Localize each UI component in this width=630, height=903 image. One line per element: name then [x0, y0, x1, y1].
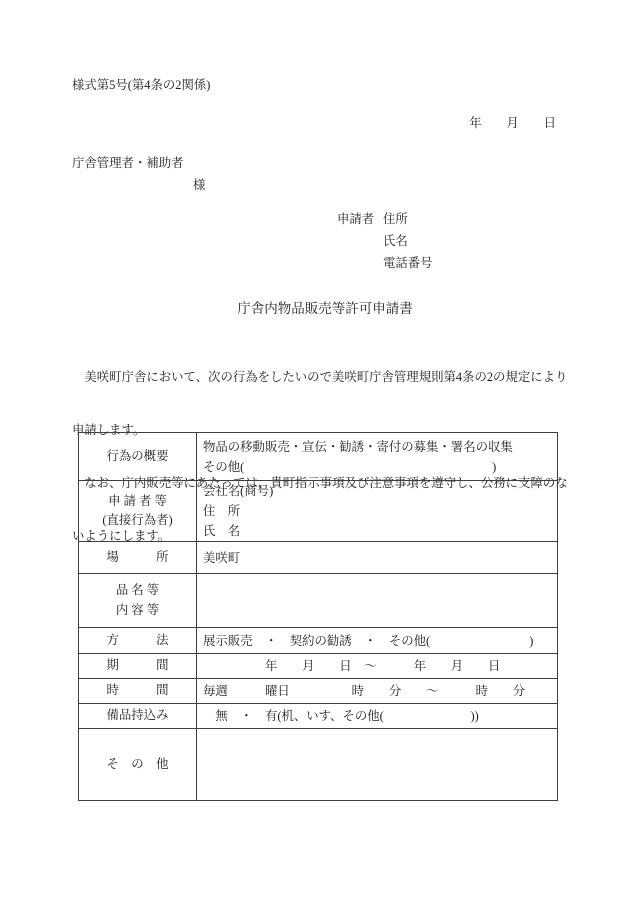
content-line: 美咲町 [197, 548, 557, 568]
row-content-cell: 無 ・ 有(机、いす、その他( )) [197, 704, 558, 729]
row-content-cell: 美咲町 [197, 542, 558, 574]
row-label: 方 法 [79, 631, 196, 651]
content-line: 展示販売 ・ 契約の勧誘 ・ その他( ) [197, 631, 557, 651]
applicant-label: 申請者 [337, 212, 374, 228]
row-label: 時 間 [79, 681, 196, 701]
content-line: その他( ) [197, 457, 557, 477]
row-label: 場 所 [79, 548, 196, 568]
content-line: 物品の移動販売・宣伝・勧誘・寄付の募集・署名の収集 [197, 437, 557, 457]
page-title: 庁舎内物品販売等許可申請書 [82, 301, 568, 318]
addressee: 庁舎管理者・補助者 [72, 156, 184, 172]
applicant-phone-label: 電話番号 [383, 256, 433, 272]
date-line: 年 月 日 [72, 116, 556, 132]
content-line: 氏 名 [197, 521, 557, 541]
table-row-overview: 行為の概要 物品の移動販売・宣伝・勧誘・寄付の募集・署名の収集 その他( ) [79, 433, 558, 481]
content-line: 年 月 日 ～ 年 月 日 [197, 656, 557, 676]
row-label-cell: 行為の概要 [79, 433, 197, 481]
row-label: 備品持込み [79, 706, 196, 726]
row-content-cell [197, 574, 558, 628]
content-line: 住 所 [197, 501, 557, 521]
row-label-cell: 方 法 [79, 628, 197, 654]
row-content-cell [197, 729, 558, 801]
row-content-cell: 会社名(商号) 住 所 氏 名 [197, 481, 558, 542]
row-sublabel: 内 容 等 [79, 601, 196, 621]
table-row-place: 場 所 美咲町 [79, 542, 558, 574]
row-label: 申 請 者 等 [79, 492, 196, 512]
table-row-equipment: 備品持込み 無 ・ 有(机、いす、その他( )) [79, 704, 558, 729]
applicant-address-label: 住所 [383, 212, 408, 228]
applicant-name-label: 氏名 [383, 234, 408, 250]
row-content-cell: 物品の移動販売・宣伝・勧誘・寄付の募集・署名の収集 その他( ) [197, 433, 558, 481]
row-label-cell: 時 間 [79, 679, 197, 704]
content-line: 無 ・ 有(机、いす、その他( )) [197, 706, 557, 726]
content-line: 毎週 曜日 時 分 ～ 時 分 [197, 681, 557, 701]
row-sublabel: (直接行為者) [79, 511, 196, 531]
honorific-sama: 様 [193, 178, 205, 194]
row-label: 品 名 等 [79, 581, 196, 601]
table-row-time: 時 間 毎週 曜日 時 分 ～ 時 分 [79, 679, 558, 704]
row-content-cell: 展示販売 ・ 契約の勧誘 ・ その他( ) [197, 628, 558, 654]
row-label-cell: 申 請 者 等 (直接行為者) [79, 481, 197, 542]
form-number: 様式第5号(第4条の2関係) [72, 78, 210, 94]
row-content-cell: 毎週 曜日 時 分 ～ 時 分 [197, 679, 558, 704]
row-label: 行為の概要 [79, 447, 196, 467]
table-row-period: 期 間 年 月 日 ～ 年 月 日 [79, 654, 558, 679]
table-row-other: そ の 他 [79, 729, 558, 801]
row-label-cell: そ の 他 [79, 729, 197, 801]
row-label-cell: 品 名 等 内 容 等 [79, 574, 197, 628]
table-row-applicant: 申 請 者 等 (直接行為者) 会社名(商号) 住 所 氏 名 [79, 481, 558, 542]
body-line: 美咲町庁舎において、次の行為をしたいので美咲町庁舎管理規則第4条の2の規定により [72, 366, 572, 388]
table-row-items: 品 名 等 内 容 等 [79, 574, 558, 628]
row-label: 期 間 [79, 656, 196, 676]
table-row-method: 方 法 展示販売 ・ 契約の勧誘 ・ その他( ) [79, 628, 558, 654]
application-form-page: 様式第5号(第4条の2関係) 年 月 日 庁舎管理者・補助者 様 申請者 住所 … [0, 0, 630, 903]
row-label: そ の 他 [79, 755, 196, 775]
content-line: 会社名(商号) [197, 481, 557, 501]
row-content-cell: 年 月 日 ～ 年 月 日 [197, 654, 558, 679]
row-label-cell: 場 所 [79, 542, 197, 574]
row-label-cell: 期 間 [79, 654, 197, 679]
application-table: 行為の概要 物品の移動販売・宣伝・勧誘・寄付の募集・署名の収集 その他( ) 申… [78, 432, 558, 801]
row-label-cell: 備品持込み [79, 704, 197, 729]
